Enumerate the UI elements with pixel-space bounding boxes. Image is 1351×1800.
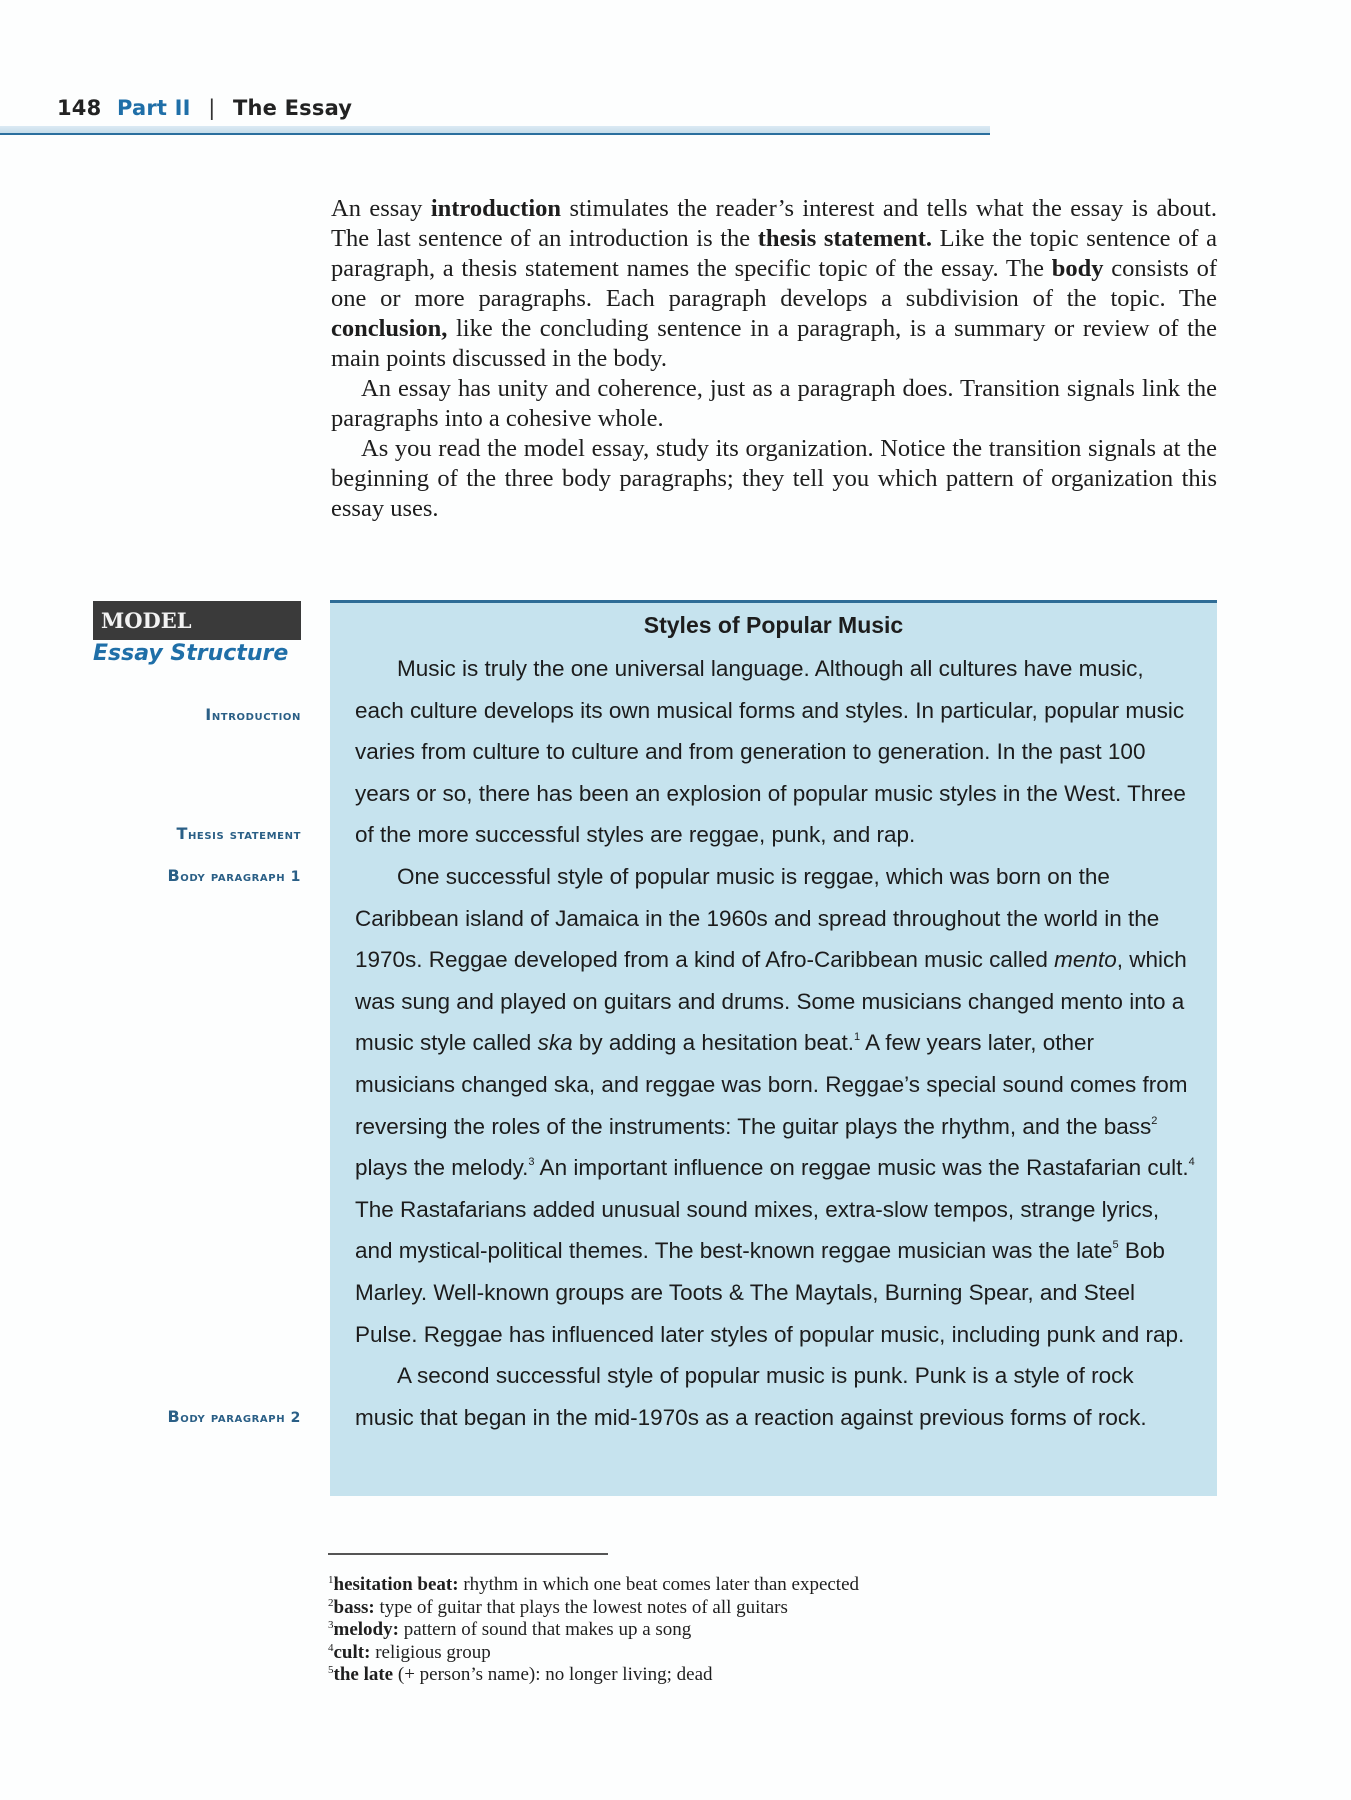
chapter-title: The Essay bbox=[233, 96, 352, 120]
footnote-term: the late bbox=[334, 1664, 394, 1685]
essay-paragraph: Music is truly the one universal languag… bbox=[355, 648, 1195, 856]
text-run: An essay bbox=[331, 195, 431, 222]
text-run: An essay has unity and coherence, just a… bbox=[331, 375, 1217, 432]
footnote: 5the late (+ person’s name): no longer l… bbox=[328, 1664, 1128, 1687]
intro-paragraph: An essay has unity and coherence, just a… bbox=[331, 374, 1217, 434]
header-rule bbox=[0, 133, 990, 135]
header-separator: | bbox=[208, 96, 215, 120]
footnote-definition: pattern of sound that makes up a song bbox=[399, 1619, 691, 1640]
footnote-definition: religious group bbox=[370, 1642, 490, 1663]
text-run: The Rastafarians added unusual sound mix… bbox=[355, 1197, 1159, 1264]
intro-paragraph: As you read the model essay, study its o… bbox=[331, 434, 1217, 524]
key-term: introduction bbox=[431, 195, 561, 222]
part-label: Part II bbox=[117, 96, 191, 120]
text-run: by adding a hesitation beat. bbox=[573, 1030, 854, 1055]
footnote-ref: 4 bbox=[1189, 1156, 1195, 1168]
running-header: 148 Part II | The Essay bbox=[57, 96, 352, 128]
page-number: 148 bbox=[57, 96, 101, 120]
footnote: 2bass: type of guitar that plays the low… bbox=[328, 1597, 1128, 1620]
footnote-rule bbox=[328, 1553, 608, 1555]
essay-paragraph: One successful style of popular music is… bbox=[355, 856, 1195, 1355]
margin-label: Body paragraph 1 bbox=[167, 866, 301, 885]
text-run: An important influence on reggae music w… bbox=[535, 1155, 1189, 1180]
text-run: As you read the model essay, study its o… bbox=[331, 435, 1217, 522]
margin-label: Body paragraph 2 bbox=[167, 1407, 301, 1426]
italic-term: mento bbox=[1054, 947, 1117, 972]
text-run: A second successful style of popular mus… bbox=[355, 1363, 1147, 1430]
italic-term: ska bbox=[538, 1030, 573, 1055]
key-term: thesis statement. bbox=[758, 225, 932, 252]
key-term: conclusion, bbox=[331, 315, 447, 342]
footnote: 3melody: pattern of sound that makes up … bbox=[328, 1619, 1128, 1642]
intro-paragraph: An essay introduction stimulates the rea… bbox=[331, 194, 1217, 374]
margin-label: Introduction bbox=[205, 705, 301, 724]
text-run: like the concluding sentence in a paragr… bbox=[331, 315, 1217, 372]
footnote-term: bass: bbox=[334, 1597, 375, 1618]
text-run: One successful style of popular music is… bbox=[355, 864, 1159, 972]
footnote: 4cult: religious group bbox=[328, 1642, 1128, 1665]
footnote-definition: type of guitar that plays the lowest not… bbox=[375, 1597, 788, 1618]
essay-body: Music is truly the one universal languag… bbox=[355, 648, 1195, 1438]
footnote-definition: rhythm in which one beat comes later tha… bbox=[459, 1574, 859, 1595]
text-run: plays the melody. bbox=[355, 1155, 528, 1180]
footnote: 1hesitation beat: rhythm in which one be… bbox=[328, 1574, 1128, 1597]
essay-title: Styles of Popular Music bbox=[330, 612, 1217, 639]
footnote-term: melody: bbox=[334, 1619, 399, 1640]
margin-label: Thesis statement bbox=[176, 824, 301, 843]
footnote-term: hesitation beat: bbox=[334, 1574, 459, 1595]
footnote-ref: 2 bbox=[1151, 1115, 1157, 1127]
text-run: Music is truly the one universal languag… bbox=[355, 656, 1186, 847]
model-label: MODEL bbox=[93, 601, 301, 640]
key-term: body bbox=[1052, 255, 1104, 282]
essay-paragraph: A second successful style of popular mus… bbox=[355, 1355, 1195, 1438]
intro-text: An essay introduction stimulates the rea… bbox=[331, 194, 1217, 524]
footnote-term: cult: bbox=[334, 1642, 371, 1663]
footnotes: 1hesitation beat: rhythm in which one be… bbox=[328, 1574, 1128, 1687]
model-subtitle: Essay Structure bbox=[93, 641, 288, 666]
footnote-definition: (+ person’s name): no longer living; dea… bbox=[393, 1664, 712, 1685]
